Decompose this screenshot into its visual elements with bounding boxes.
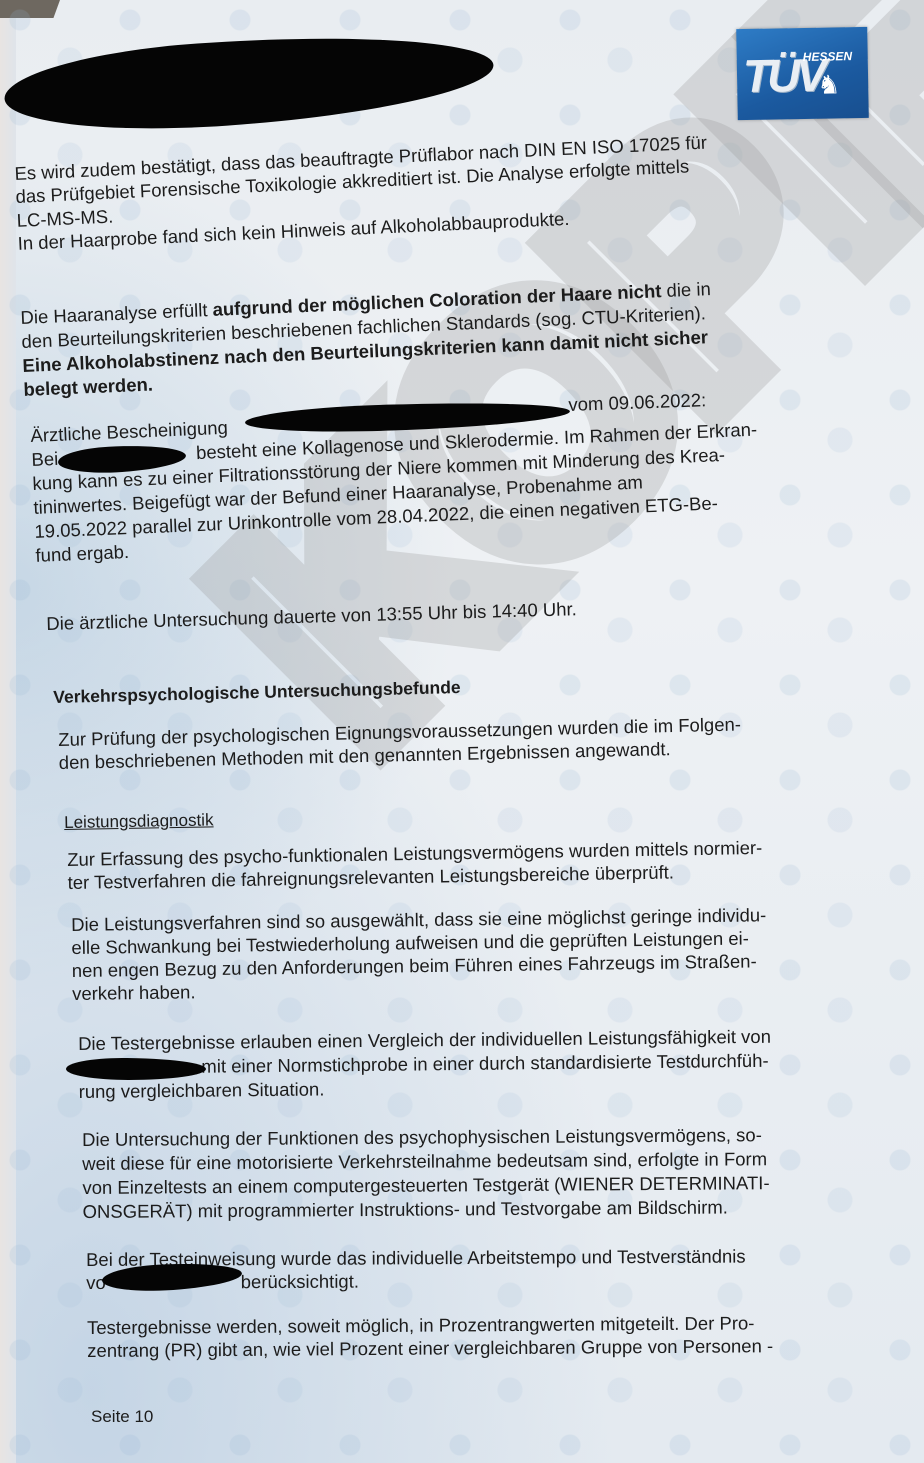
paragraph-test-selection: Die Leistungsverfahren sind so ausgewähl… bbox=[71, 904, 767, 1005]
bold-text: belegt werden. bbox=[23, 374, 153, 400]
section-heading: Verkehrspsychologische Untersuchungsbefu… bbox=[53, 676, 461, 708]
page-number: Seite 10 bbox=[91, 1406, 153, 1428]
page-edge bbox=[0, 0, 16, 1463]
tuv-hessen-logo: TÜV HESSEN ♞ bbox=[736, 27, 869, 120]
paragraph-performance-assessment: Zur Erfassung des psycho-funktionalen Le… bbox=[67, 836, 763, 895]
text-line: ONSGERÄT) mit programmierter Instruktion… bbox=[83, 1195, 770, 1224]
paragraph-hair-analysis: Die Haaranalyse erfüllt aufgrund der mög… bbox=[20, 277, 714, 402]
logo-region: HESSEN bbox=[803, 49, 853, 64]
paragraph-methods-intro: Zur Prüfung der psychologischen Eignungs… bbox=[58, 713, 742, 775]
subheading-performance-diagnostics: Leistungsdiagnostik bbox=[64, 809, 214, 833]
text-line: zentrang (PR) gibt an, wie viel Prozent … bbox=[87, 1335, 773, 1363]
paragraph-percentile-explanation: Testergebnisse werden, soweit möglich, i… bbox=[87, 1311, 773, 1363]
text-run: die in bbox=[661, 278, 711, 301]
background-surface bbox=[0, 0, 60, 18]
examination-duration: Die ärztliche Untersuchung dauerte von 1… bbox=[46, 597, 577, 635]
document-page: KOPIE TÜV HESSEN ♞ Es wird zudem bestäti… bbox=[0, 0, 924, 1463]
text-run: Bei bbox=[31, 448, 59, 470]
text-run: mit einer Normstichprobe in einer durch … bbox=[201, 1050, 768, 1077]
hessian-lion-icon: ♞ bbox=[817, 69, 841, 100]
redaction-header bbox=[2, 23, 497, 141]
paragraph-test-device: Die Untersuchung der Funktionen des psyc… bbox=[82, 1123, 770, 1224]
paragraph-lab-confirmation: Es wird zudem bestätigt, dass das beauft… bbox=[14, 131, 711, 256]
text-run: berücksichtigt. bbox=[241, 1271, 359, 1293]
